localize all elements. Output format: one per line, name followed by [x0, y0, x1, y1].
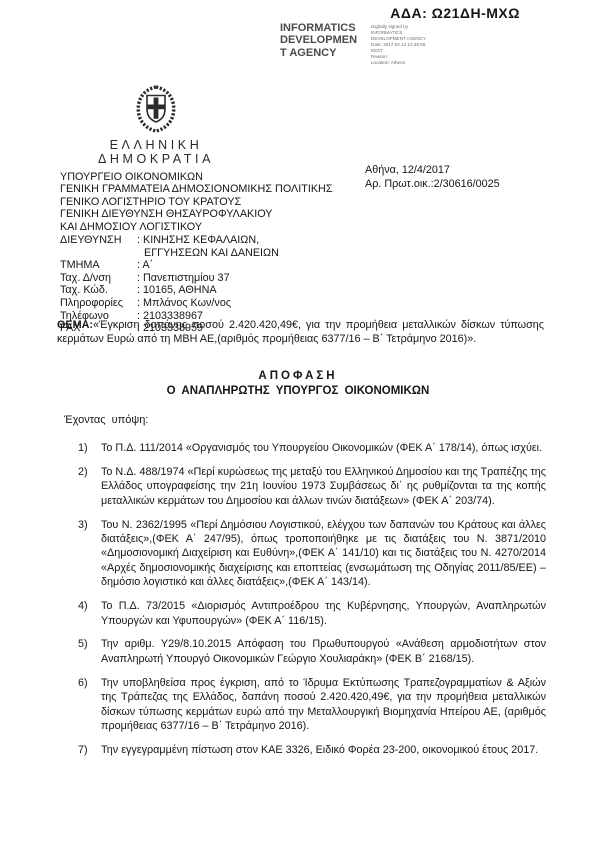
subject-paragraph: ΘΕΜΑ:«Έγκριση δαπάνης ποσού 2.420.420,49…: [57, 318, 544, 346]
protocol-number: Αρ. Πρωτ.οικ.:2/30616/0025: [365, 178, 500, 192]
digital-signature-stamp: INFORMATICS DEVELOPMEN T AGENCY Digitall…: [280, 22, 441, 66]
ministry-line: ΥΠΟΥΡΓΕΙΟ ΟΙΚΟΝΟΜΙΚΩΝ: [60, 171, 380, 183]
greek-coat-of-arms-icon: [60, 84, 252, 136]
contact-value: : 10165, ΑΘΗΝΑ: [137, 284, 380, 297]
contact-label: Ταχ. Δ/νση: [60, 272, 137, 285]
item-number: 5): [78, 637, 101, 666]
ministry-line: ΓΕΝΙΚΟ ΛΟΓΙΣΤΗΡΙΟ ΤΟΥ ΚΡΑΤΟΥΣ: [60, 196, 380, 208]
list-item: 1) Το Π.Δ. 111/2014 «Οργανισμός του Υπου…: [78, 441, 546, 455]
ministry-hierarchy: ΥΠΟΥΡΓΕΙΟ ΟΙΚΟΝΟΜΙΚΩΝ ΓΕΝΙΚΗ ΓΡΑΜΜΑΤΕΙΑ …: [60, 171, 380, 233]
item-number: 2): [78, 465, 101, 508]
item-text: Την αριθμ. Υ29/8.10.2015 Απόφαση του Πρω…: [101, 637, 546, 666]
ministry-line: ΓΕΝΙΚΗ ΓΡΑΜΜΑΤΕΙΑ ΔΗΜΟΣΙΟΝΟΜΙΚΗΣ ΠΟΛΙΤΙΚ…: [60, 183, 380, 195]
considerations-list: 1) Το Π.Δ. 111/2014 «Οργανισμός του Υπου…: [78, 441, 546, 757]
item-number: 1): [78, 441, 101, 455]
contact-value: : Μπλάνος Κων/νος: [137, 297, 380, 310]
item-text: Το Π.Δ. 111/2014 «Οργανισμός του Υπουργε…: [101, 441, 546, 455]
item-text: Του Ν. 2362/1995 «Περί Δημόσιου Λογιστικ…: [101, 518, 546, 590]
list-item: 2) Το Ν.Δ. 488/1974 «Περί κυρώσεως της μ…: [78, 465, 546, 508]
contact-value: : ΚΙΝΗΣΗΣ ΚΕΦΑΛΑΙΩΝ,: [137, 234, 380, 247]
list-item: 7) Την εγγεγραμμένη πίστωση στον ΚΑΕ 332…: [78, 743, 546, 757]
preamble: Έχοντας υπόψη:: [64, 414, 148, 426]
date-protocol-block: Αθήνα, 12/4/2017 Αρ. Πρωτ.οικ.:2/30616/0…: [365, 164, 500, 191]
signature-details: Digitally signed by INFORMATICS DEVELOPM…: [371, 22, 441, 66]
list-item: 5) Την αριθμ. Υ29/8.10.2015 Απόφαση του …: [78, 637, 546, 666]
city-date: Αθήνα, 12/4/2017: [365, 164, 500, 178]
item-number: 7): [78, 743, 101, 757]
subject-label: ΘΕΜΑ:: [57, 319, 93, 331]
decision-title: ΑΠΟΦΑΣΗ: [0, 369, 596, 384]
item-text: Το Π.Δ. 73/2015 «Διορισμός Αντιπροέδρου …: [101, 599, 546, 628]
item-number: 4): [78, 599, 101, 628]
item-text: Την εγγεγραμμένη πίστωση στον ΚΑΕ 3326, …: [101, 743, 546, 757]
decision-heading: ΑΠΟΦΑΣΗ Ο ΑΝΑΠΛΗΡΩΤΗΣ ΥΠΟΥΡΓΟΣ ΟΙΚΟΝΟΜΙΚ…: [0, 369, 596, 399]
subject-text: «Έγκριση δαπάνης ποσού 2.420.420,49€, γι…: [57, 319, 544, 345]
document-page: ΑΔΑ: Ω21ΔΗ-ΜΧΩ INFORMATICS DEVELOPMEN T …: [0, 0, 596, 842]
contact-label: Πληροφορίες: [60, 297, 137, 310]
item-number: 6): [78, 676, 101, 734]
letterhead: ΕΛΛΗΝΙΚΗ ΔΗΜΟΚΡΑΤΙΑ ΥΠΟΥΡΓΕΙΟ ΟΙΚΟΝΟΜΙΚΩ…: [60, 84, 380, 335]
ministry-line: ΚΑΙ ΔΗΜΟΣΙΟΥ ΛΟΓΙΣΤΙΚΟΥ: [60, 221, 380, 233]
ada-code: ΑΔΑ: Ω21ΔΗ-ΜΧΩ: [0, 5, 520, 21]
list-item: 3) Του Ν. 2362/1995 «Περί Δημόσιου Λογισ…: [78, 518, 546, 590]
contact-label: ΤΜΗΜΑ: [60, 259, 137, 272]
ministry-line: ΓΕΝΙΚΗ ΔΙΕΥΘΥΝΣΗ ΘΗΣΑΥΡΟΦΥΛΑΚΙΟΥ: [60, 208, 380, 220]
contact-value: : Α΄: [137, 259, 380, 272]
list-item: 4) Το Π.Δ. 73/2015 «Διορισμός Αντιπροέδρ…: [78, 599, 546, 628]
decision-subtitle: Ο ΑΝΑΠΛΗΡΩΤΗΣ ΥΠΟΥΡΓΟΣ ΟΙΚΟΝΟΜΙΚΩΝ: [0, 384, 596, 399]
list-item: 6) Την υποβληθείσα προς έγκριση, από το …: [78, 676, 546, 734]
contact-label: [60, 247, 137, 260]
contact-value: : Πανεπιστημίου 37: [137, 272, 380, 285]
contact-label: Ταχ. Κώδ.: [60, 284, 137, 297]
hellenic-republic-title: ΕΛΛΗΝΙΚΗ ΔΗΜΟΚΡΑΤΙΑ: [60, 138, 252, 166]
item-text: Την υποβληθείσα προς έγκριση, από το Ίδρ…: [101, 676, 546, 734]
contact-label: ΔΙΕΥΘΥΝΣΗ: [60, 234, 137, 247]
item-text: Το Ν.Δ. 488/1974 «Περί κυρώσεως της μετα…: [101, 465, 546, 508]
contact-value: ΕΓΓΥΗΣΕΩΝ ΚΑΙ ΔΑΝΕΙΩΝ: [137, 247, 380, 260]
signature-agency-name: INFORMATICS DEVELOPMEN T AGENCY: [280, 22, 364, 66]
item-number: 3): [78, 518, 101, 590]
